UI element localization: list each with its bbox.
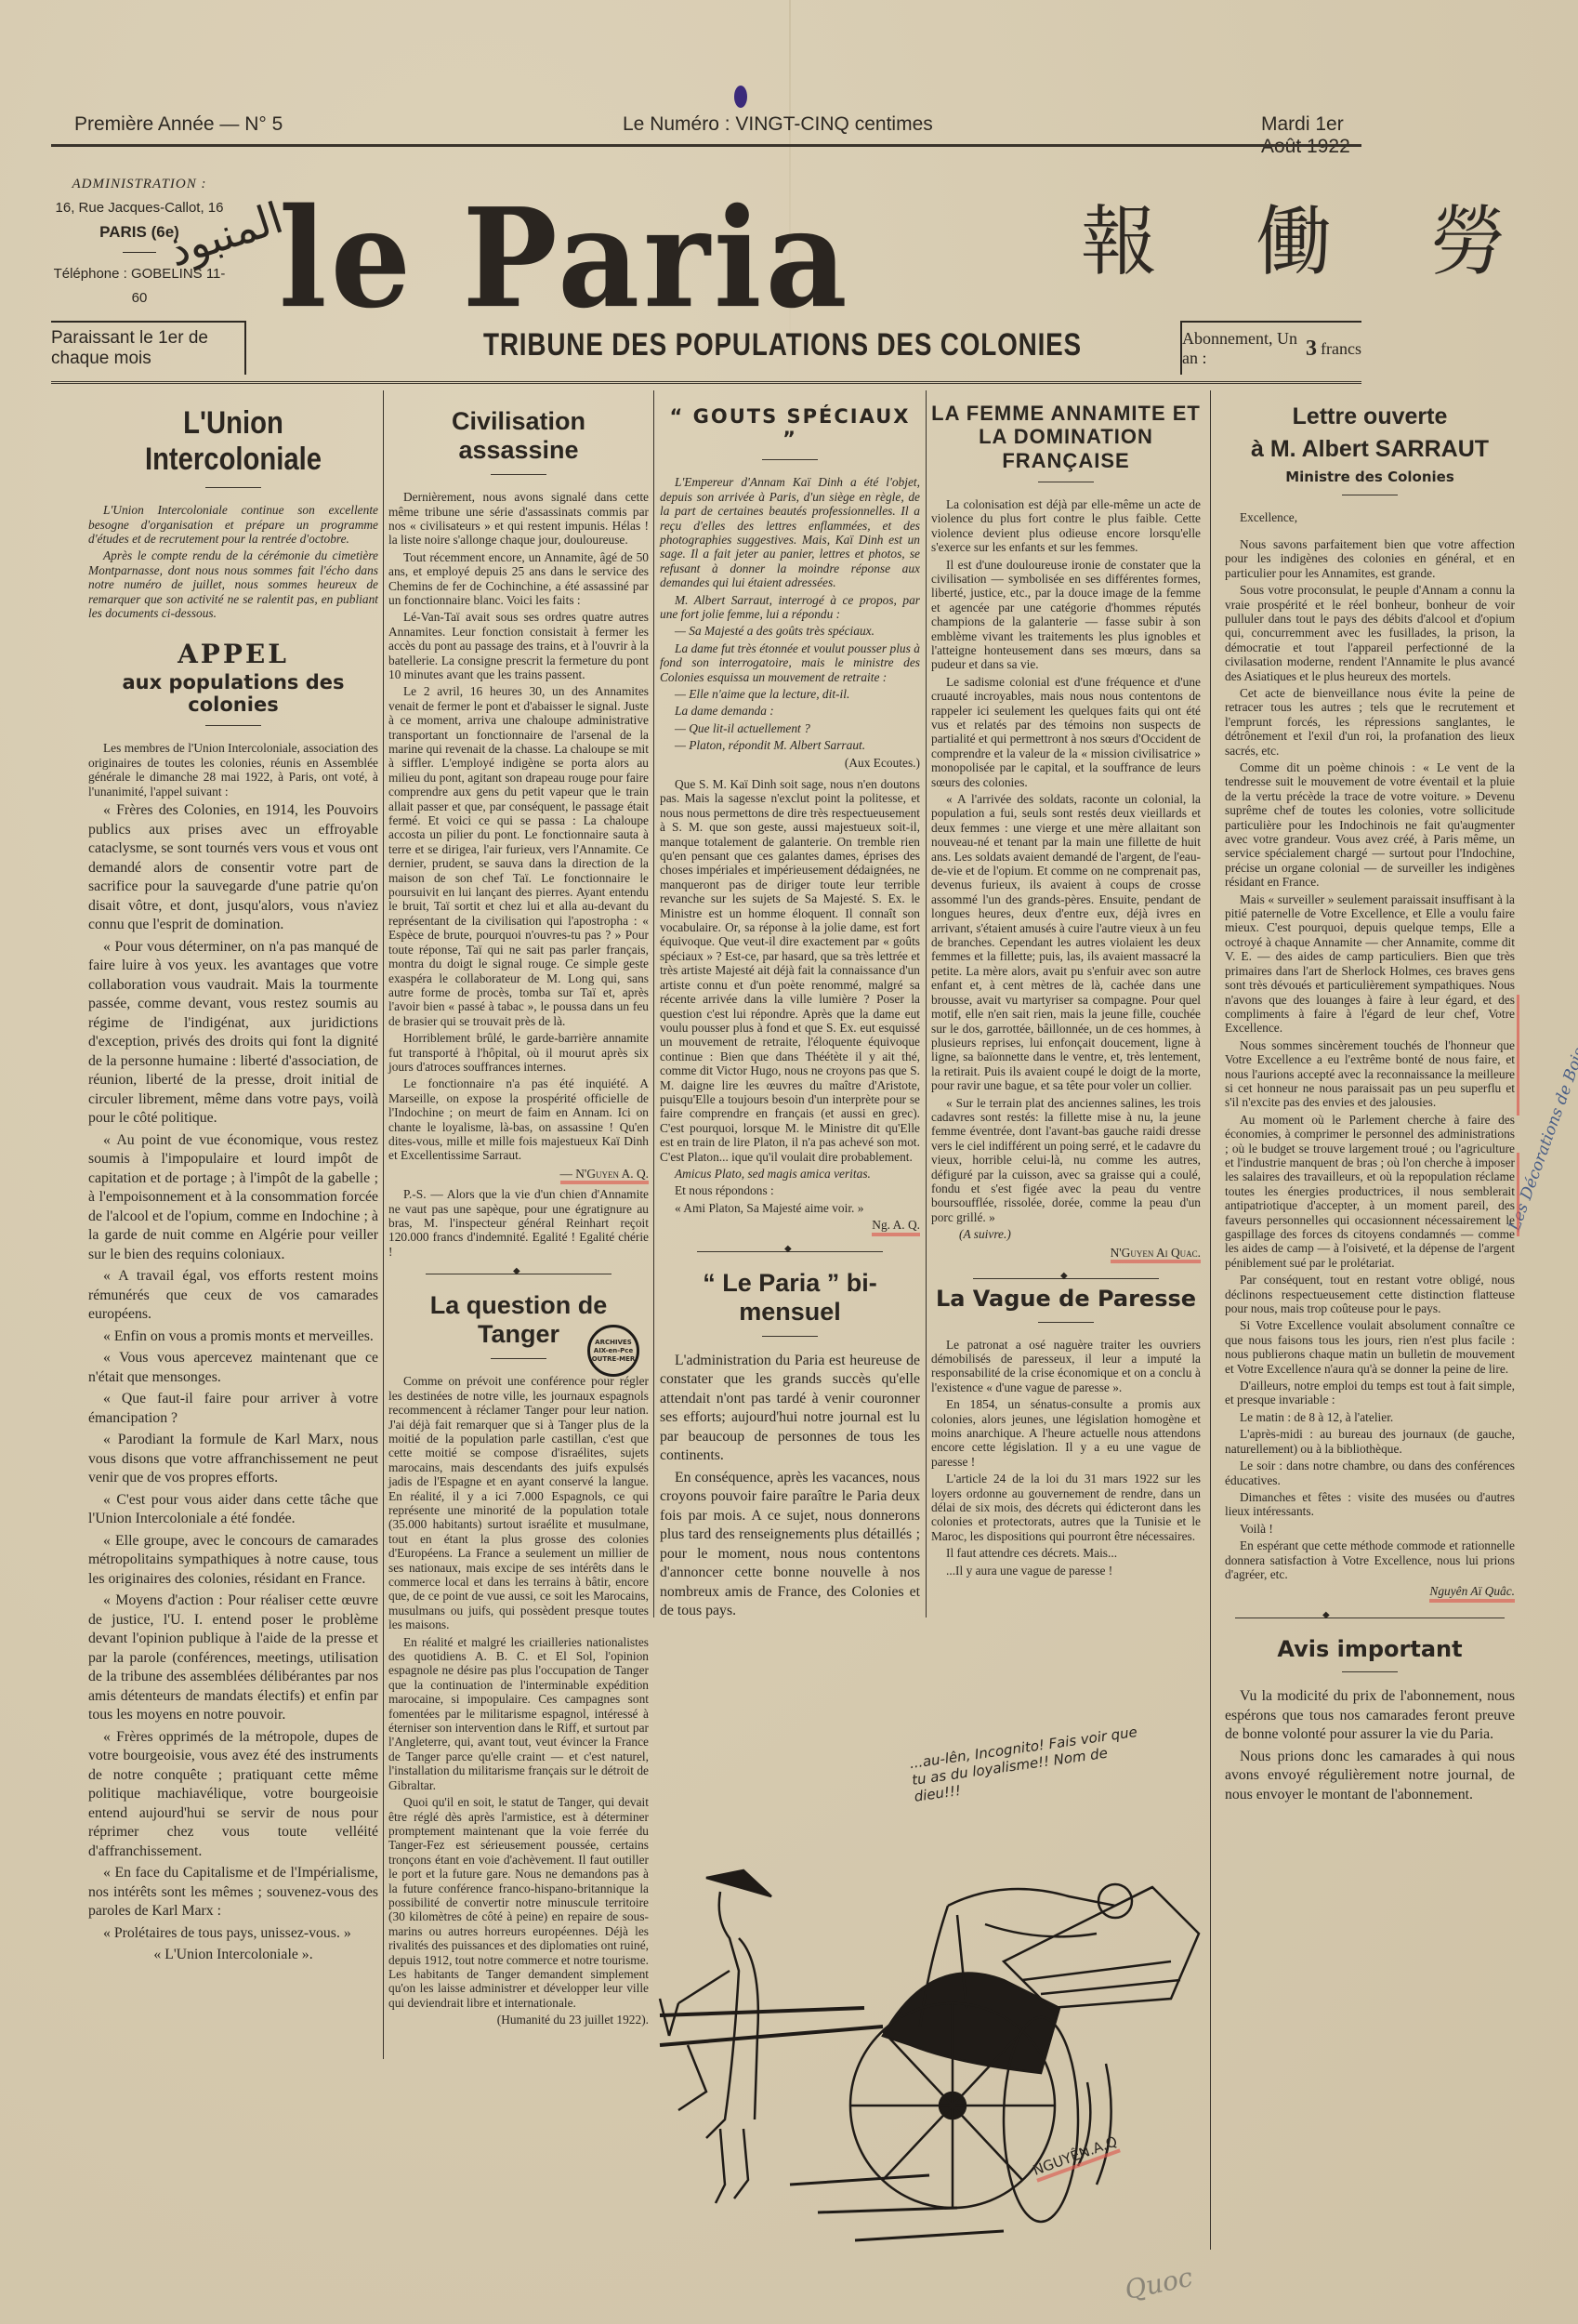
paragraph: Les membres de l'Union Intercoloniale, a…: [88, 741, 378, 799]
paragraph: Lé-Van-Taï avait sous ses ordres quatre …: [388, 610, 649, 681]
signature: N'Guyen Ai Quac.: [931, 1246, 1201, 1263]
cartoon-speech: ...au-lên, Incognito! Fais voir que tu a…: [909, 1722, 1155, 1805]
paragraph: « Que faut-il faire pour arriver à votre…: [88, 1390, 378, 1428]
headline-gouts: “ GOUTS SPÉCIAUX ”: [660, 405, 920, 450]
headline-rule: [491, 1358, 546, 1359]
red-margin-mark: [1517, 995, 1519, 1116]
paragraph: Voilà !: [1225, 1522, 1515, 1536]
paragraph: « Enfin on vous a promis monts et mervei…: [88, 1327, 378, 1347]
salutation: Excellence,: [1225, 510, 1515, 524]
paragraph: L'après-midi : au bureau des journaux (d…: [1225, 1427, 1515, 1456]
headline-union: L'Union Intercoloniale: [109, 405, 358, 478]
headline-lettre-subtitle: Ministre des Colonies: [1225, 469, 1515, 485]
paragraph: « Parodiant la formule de Karl Marx, nou…: [88, 1431, 378, 1488]
paragraph: Après le compte rendu de la cérémonie du…: [88, 548, 378, 620]
signature: Ng. A. Q.: [660, 1218, 920, 1235]
appel-subheading: aux populations des colonies: [88, 671, 378, 716]
issue-date: Mardi 1er Août 1922: [1261, 113, 1361, 158]
paragraph: En espérant que cette méthode commode et…: [1225, 1538, 1515, 1581]
column-divider: [926, 390, 927, 1618]
paragraph: Cet acte de bienveillance nous évite la …: [1225, 686, 1515, 758]
headline-paresse: La Vague de Paresse: [931, 1287, 1201, 1313]
headline-femme: LA FEMME ANNAMITE ET LA DOMINATION FRANÇ…: [931, 402, 1201, 472]
paragraph: « Frères des Colonies, en 1914, les Pouv…: [88, 801, 378, 935]
paragraph: L'Union Intercoloniale continue son exce…: [88, 503, 378, 546]
source: (Humanité du 23 juillet 1922).: [388, 2013, 649, 2027]
paragraph: Si Votre Excellence voulait absolument c…: [1225, 1318, 1515, 1376]
signature: Nguyên Aï Quâc.: [1225, 1584, 1515, 1602]
paragraph: « Au point de vue économique, vous reste…: [88, 1131, 378, 1265]
paragraph: « Pour vous déterminer, on n'a pas manqu…: [88, 938, 378, 1129]
frequency-text: Paraissant le 1er de chaque mois: [51, 328, 244, 369]
admin-phone: Téléphone : GOBELINS 11-60: [51, 262, 228, 310]
subscription-amount: 3: [1306, 337, 1317, 362]
paragraph: Et nous répondons :: [660, 1183, 920, 1197]
signature: « L'Union Intercoloniale ».: [88, 1946, 378, 1965]
subscription-box: Abonnement, Un an : 3 francs: [1180, 321, 1361, 375]
paragraph: ...Il y aura une vague de paresse !: [931, 1564, 1201, 1578]
paragraph: « Moyens d'action : Pour réaliser cette …: [88, 1591, 378, 1725]
headline-lettre-line1: Lettre ouverte: [1225, 403, 1515, 430]
paragraph: Nous savons parfaitement bien que votre …: [1225, 537, 1515, 580]
postscript: P.-S. — Alors que la vie d'un chien d'An…: [388, 1187, 649, 1259]
paragraph: Mais « surveiller » seulement paraissait…: [1225, 892, 1515, 1036]
archives-stamp: ARCHIVES AIX-en-Pce OUTRE-MER: [587, 1325, 639, 1377]
ornament-divider: [697, 1251, 883, 1252]
issue-price: Le Numéro : VINGT-CINQ centimes: [623, 113, 933, 136]
paragraph: La colonisation est déjà par elle-même u…: [931, 497, 1201, 555]
paragraph: Nous prions donc les camarades à qui nou…: [1225, 1748, 1515, 1805]
paragraph: L'Empereur d'Annam Kaï Dinh a été l'obje…: [660, 475, 920, 589]
paragraph: Le sadisme colonial est d'une fréquence …: [931, 675, 1201, 789]
chinese-title: 報 働 勞: [1081, 181, 1544, 290]
signature-text: N'Guyen Ai Quac.: [1111, 1246, 1201, 1263]
top-rule: [51, 144, 1361, 147]
headline-rule: [491, 474, 546, 475]
signature: — N'Guyen A. Q.: [388, 1167, 649, 1184]
headline-rule: [1342, 495, 1398, 495]
paragraph: Vu la modicité du prix de l'abonnement, …: [1225, 1687, 1515, 1745]
paragraph: D'ailleurs, notre emploi du temps est to…: [1225, 1379, 1515, 1407]
headline-rule: [762, 1336, 818, 1337]
paragraph: Il est d'une douloureuse ironie de const…: [931, 558, 1201, 672]
column-divider: [1210, 390, 1211, 2250]
paragraph: Comme on prévoit une conférence pour rég…: [388, 1374, 649, 1631]
admin-separator: [123, 252, 156, 253]
paragraph: Horriblement brûlé, le garde-barrière an…: [388, 1031, 649, 1074]
masthead-title: le Paria: [279, 178, 851, 339]
rickshaw-cartoon: [651, 1850, 1208, 2250]
paragraph: Sous votre proconsulat, le peuple d'Anna…: [1225, 583, 1515, 683]
paragraph: — Que lit-il actuellement ?: [660, 721, 920, 735]
paragraph: Quoi qu'il en soit, le statut de Tanger,…: [388, 1795, 649, 2010]
column-gouts-speciaux: “ GOUTS SPÉCIAUX ” L'Empereur d'Annam Ka…: [660, 390, 920, 1624]
ornament-divider: [973, 1278, 1159, 1279]
paragraph: Que S. M. Kaï Dinh soit sage, nous n'en …: [660, 777, 920, 1164]
source: (Aux Ecoutes.): [660, 756, 920, 770]
headline-rule: [205, 487, 261, 488]
paragraph: Dimanches et fêtes : visite des musées o…: [1225, 1490, 1515, 1519]
paragraph: « Ami Platon, Sa Majesté aime voir. »: [660, 1201, 920, 1215]
signature-text: — N'Guyen A. Q.: [560, 1167, 649, 1184]
paragraph: M. Albert Sarraut, interrogé à ce propos…: [660, 593, 920, 622]
red-margin-mark: [1517, 1153, 1519, 1236]
headline-avis: Avis important: [1225, 1637, 1515, 1663]
frequency-box: Paraissant le 1er de chaque mois: [51, 321, 246, 375]
admin-label: ADMINISTRATION :: [51, 172, 228, 196]
column-union-intercoloniale: L'Union Intercoloniale L'Union Intercolo…: [88, 390, 378, 1968]
paragraph: Tout récemment encore, un Annamite, âgé …: [388, 550, 649, 608]
subscription-suffix: francs: [1321, 339, 1361, 359]
paragraph: Il faut attendre ces décrets. Mais...: [931, 1546, 1201, 1560]
paragraph: — Platon, répondit M. Albert Sarraut.: [660, 738, 920, 752]
paragraph: — Sa Majesté a des goûts très spéciaux.: [660, 624, 920, 638]
headline-lettre-line2: à M. Albert SARRAUT: [1225, 436, 1515, 463]
paragraph: « A travail égal, vos efforts restent mo…: [88, 1267, 378, 1325]
headline-bimensuel: “ Le Paria ” bi-mensuel: [660, 1269, 920, 1327]
paragraph: Le soir : dans notre chambre, ou dans de…: [1225, 1459, 1515, 1487]
paragraph: Nous sommes sincèrement touchés de l'hon…: [1225, 1038, 1515, 1110]
headline-rule: [205, 725, 261, 726]
ornament-divider: [1235, 1618, 1505, 1618]
paragraph: Le patronat a osé naguère traiter les ou…: [931, 1338, 1201, 1395]
paragraph: La dame fut très étonnée et voulut pouss…: [660, 641, 920, 684]
edition-number: Première Année — N° 5: [74, 113, 283, 136]
column-lettre-ouverte: Lettre ouverte à M. Albert SARRAUT Minis…: [1225, 390, 1515, 1807]
headline-civilisation: Civilisation assassine: [388, 407, 649, 465]
paragraph: Le matin : de 8 à 12, à l'atelier.: [1225, 1410, 1515, 1424]
pencil-annotation: Quoc: [1122, 2262, 1195, 2306]
paragraph: Le 2 avril, 16 heures 30, un des Annamit…: [388, 684, 649, 1028]
paragraph: — Elle n'aime que la lecture, dit-il.: [660, 687, 920, 701]
newspaper-page: Première Année — N° 5 Le Numéro : VINGT-…: [0, 0, 1578, 2324]
paragraph: En conséquence, après les vacances, nous…: [660, 1469, 920, 1621]
paragraph: En 1854, un sénatus-consulte a promis au…: [931, 1397, 1201, 1469]
paragraph: Dernièrement, nous avons signalé dans ce…: [388, 490, 649, 548]
paragraph: « En face du Capitalisme et de l'Impéria…: [88, 1864, 378, 1921]
paragraph: Au moment où le Parlement cherche à fair…: [1225, 1113, 1515, 1270]
masthead-subtitle: TRIBUNE DES POPULATIONS DES COLONIES: [483, 327, 1082, 363]
ink-stain: [734, 86, 747, 108]
headline-rule: [762, 459, 818, 460]
subscription-prefix: Abonnement, Un an :: [1182, 329, 1302, 368]
paragraph: « Frères opprimés de la métropole, dupes…: [88, 1728, 378, 1862]
headline-rule: [1342, 1671, 1398, 1672]
appel-heading: APPEL: [88, 639, 378, 669]
headline-rule: [1038, 482, 1094, 482]
paragraph: La dame demanda :: [660, 704, 920, 718]
paragraph: « Elle groupe, avec le concours de camar…: [88, 1532, 378, 1590]
paragraph: L'article 24 de la loi du 31 mars 1922 s…: [931, 1472, 1201, 1543]
paragraph: Amicus Plato, sed magis amica veritas.: [660, 1167, 920, 1181]
paragraph: L'administration du Paria est heureuse d…: [660, 1352, 920, 1466]
column-femme-annamite: LA FEMME ANNAMITE ET LA DOMINATION FRANÇ…: [931, 390, 1201, 1580]
paragraph: En réalité et malgré les criailleries na…: [388, 1635, 649, 1792]
paragraph: « Sur le terrain plat des anciennes sali…: [931, 1096, 1201, 1225]
paragraph: « Prolétaires de tous pays, unissez-vous…: [88, 1924, 378, 1944]
column-divider: [383, 390, 384, 2059]
paragraph: Comme dit un poème chinois : « Le vent d…: [1225, 760, 1515, 890]
column-divider: [653, 390, 654, 1618]
paragraph: « Vous vous apercevez maintenant que ce …: [88, 1349, 378, 1387]
masthead-rule: [51, 381, 1361, 386]
signature-text: Nguyên Aï Quâc.: [1429, 1584, 1515, 1602]
headline-rule: [1038, 1322, 1094, 1323]
column-civilisation-tanger: Civilisation assassine Dernièrement, nou…: [388, 390, 649, 2030]
paragraph: Le fonctionnaire n'a pas été inquiété. A…: [388, 1076, 649, 1162]
paragraph: Par conséquent, tout en restant votre ob…: [1225, 1273, 1515, 1315]
ornament-divider: [426, 1274, 611, 1274]
paragraph: « A l'arrivée des soldats, raconte un co…: [931, 792, 1201, 1093]
to-follow: (A suivre.): [931, 1227, 1201, 1241]
paragraph: « C'est pour vous aider dans cette tâche…: [88, 1491, 378, 1529]
signature-text: Ng. A. Q.: [872, 1218, 920, 1235]
